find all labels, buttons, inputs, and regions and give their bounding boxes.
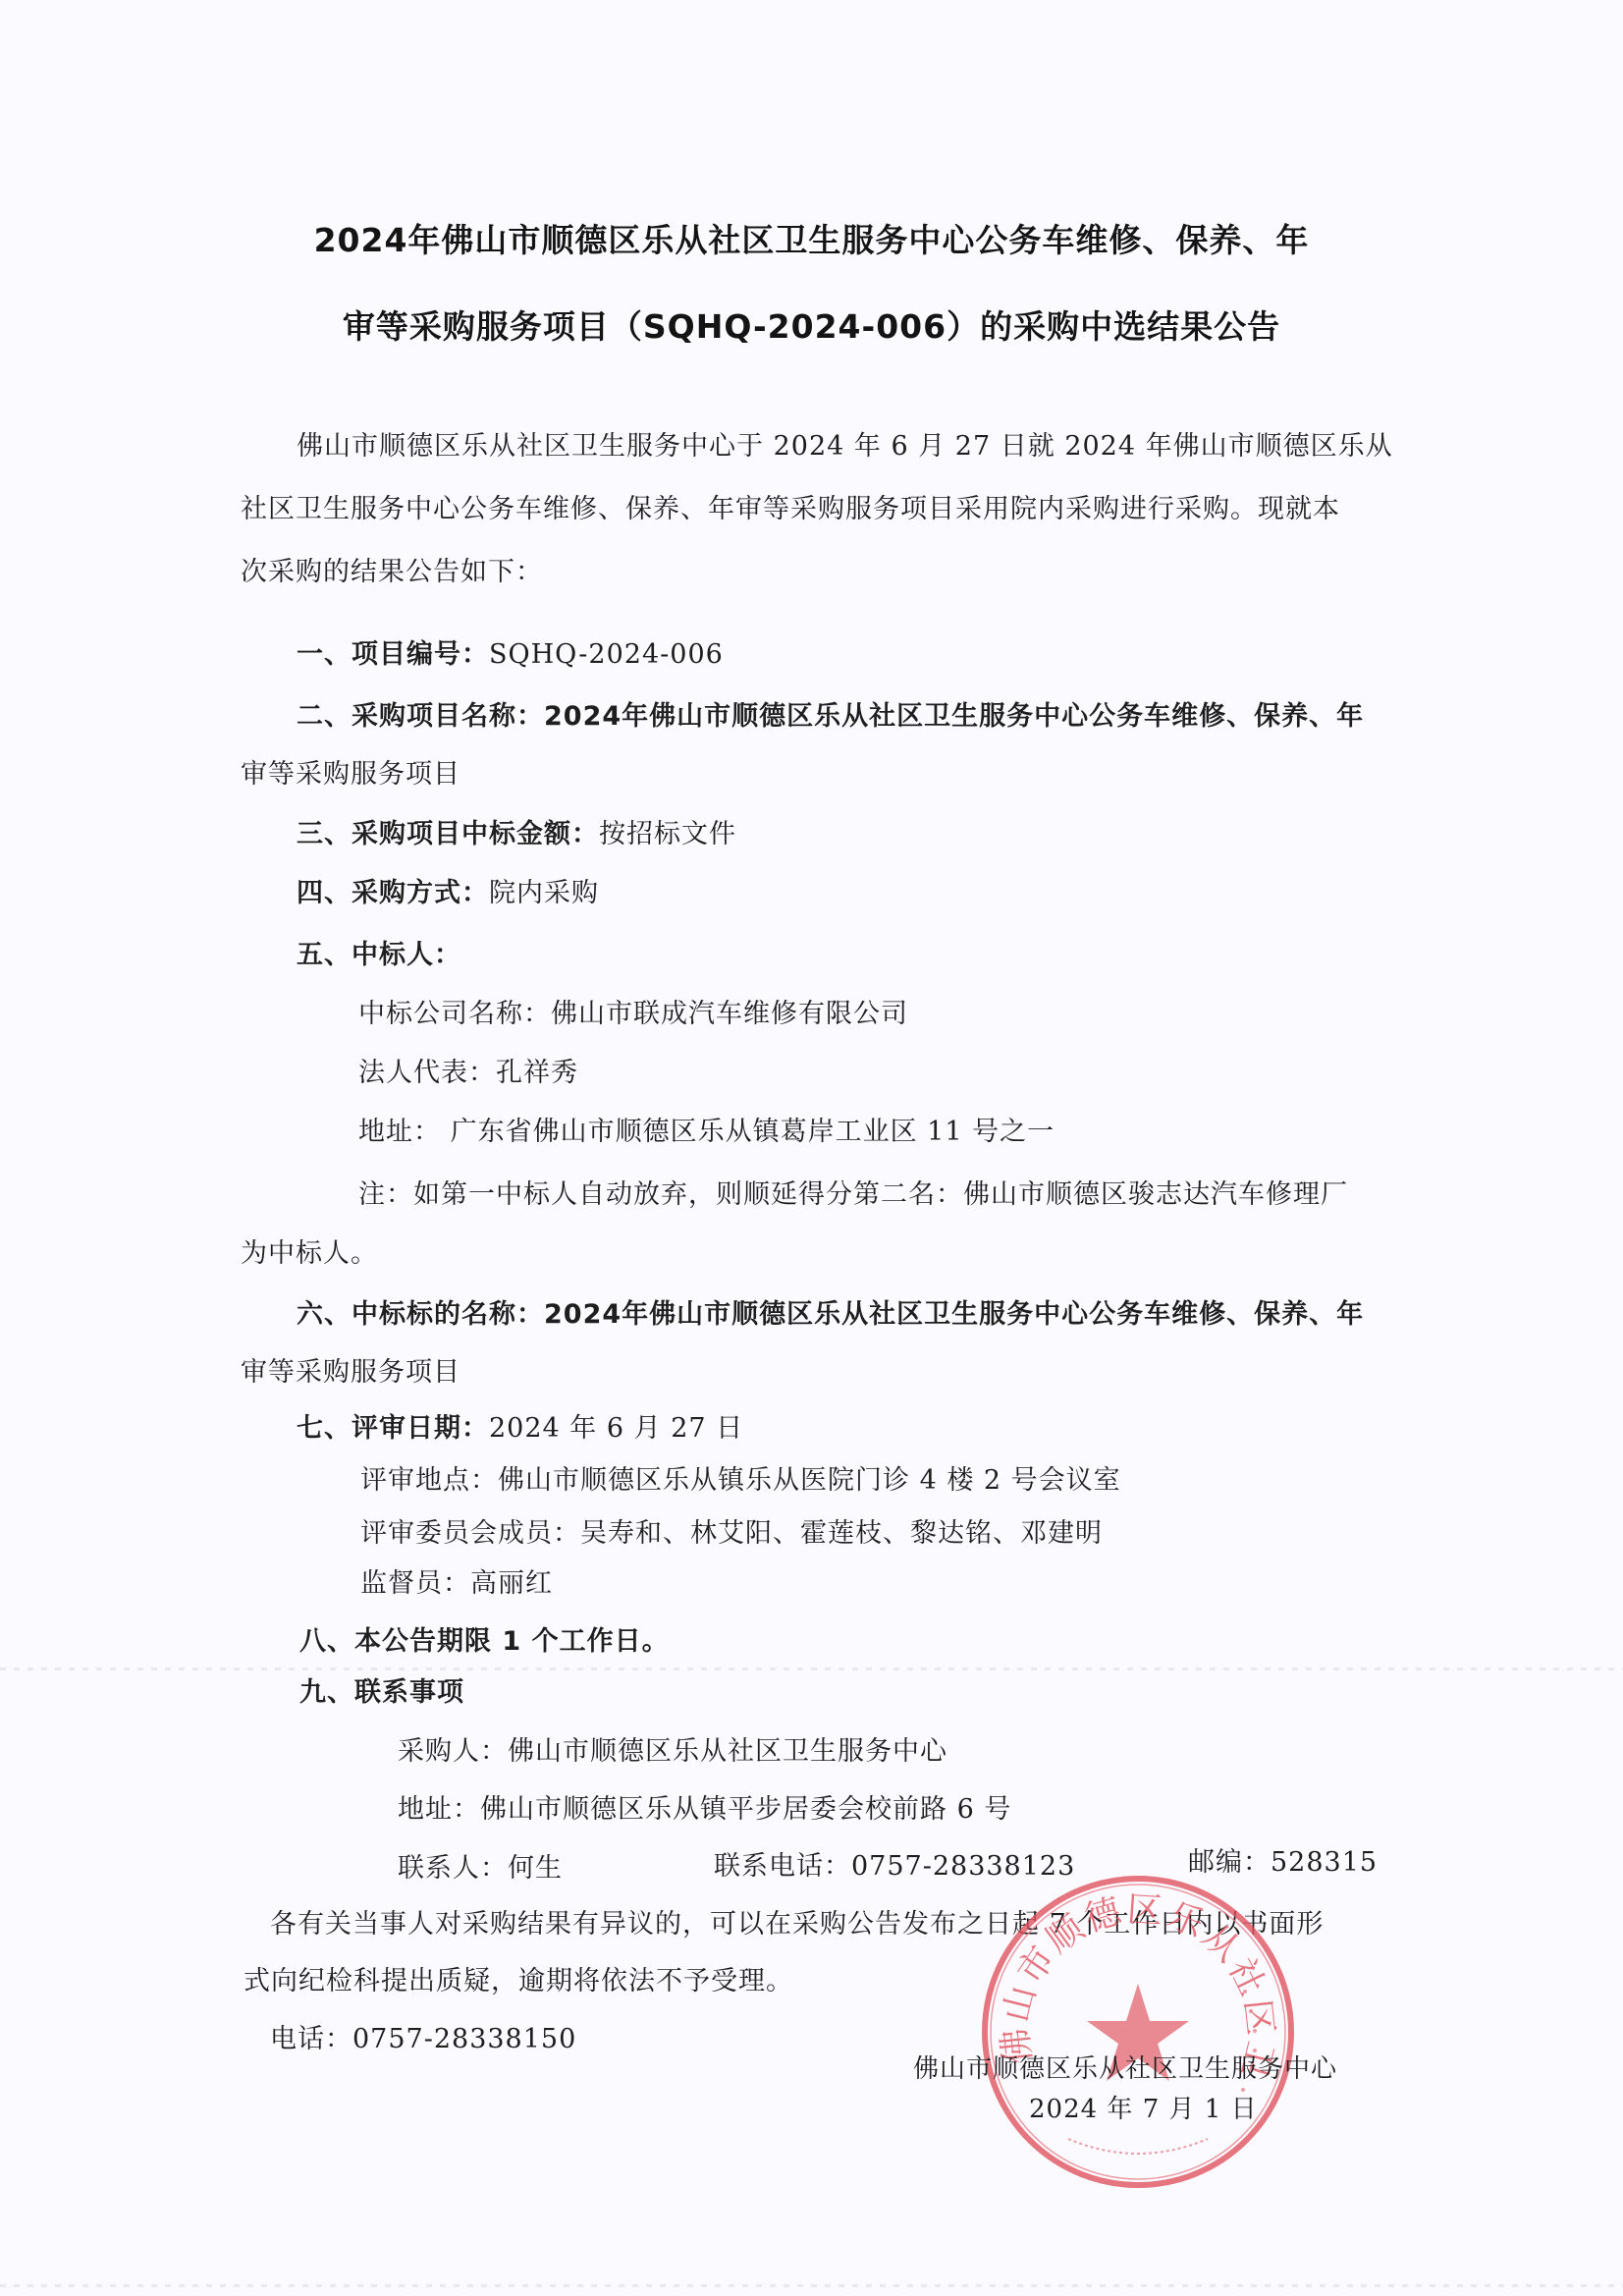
section-7-label: 七、评审日期： [297, 1413, 489, 1444]
winner-address: 地址： 广东省佛山市顺德区乐从镇葛岸工业区 11 号之一 [358, 1116, 1055, 1149]
section-2-label: 二、采购项目名称： [297, 701, 544, 732]
document-title-line-2: 审等采购服务项目（SQHQ-2024-006）的采购中选结果公告 [0, 305, 1623, 349]
section-6-wrap: 审等采购服务项目 [241, 1356, 460, 1390]
scan-artifact-bottom [0, 2284, 1623, 2287]
intro-line-1: 佛山市顺德区乐从社区卫生服务中心于 2024 年 6 月 27 日就 2024 … [297, 430, 1393, 464]
signature-organization: 佛山市顺德区乐从社区卫生服务中心 [913, 2052, 1337, 2086]
intro-line-2: 社区卫生服务中心公务车维修、保养、年审等采购服务项目采用院内采购进行采购。现就本 [241, 493, 1340, 526]
section-9-label: 九、联系事项 [299, 1676, 464, 1710]
winning-company: 中标公司名称：佛山市联成汽车维修有限公司 [358, 998, 908, 1031]
section-3: 三、采购项目中标金额：按招标文件 [297, 818, 736, 851]
section-1-label: 一、项目编号： [297, 639, 489, 670]
objection-line-2: 式向纪检科提出质疑，逾期将依法不予受理。 [243, 1965, 793, 1998]
section-1: 一、项目编号：SQHQ-2024-006 [297, 638, 724, 672]
bid-amount: 按招标文件 [599, 819, 736, 849]
section-2: 二、采购项目名称：2024年佛山市顺德区乐从社区卫生服务中心公务车维修、保养、年 [297, 700, 1364, 734]
purchaser-address: 地址：佛山市顺德区乐从镇平步居委会校前路 6 号 [398, 1793, 1011, 1827]
review-date: 2024 年 6 月 27 日 [489, 1413, 743, 1444]
supervisor: 监督员：高丽红 [360, 1567, 553, 1601]
document-title-line-1: 2024年佛山市顺德区乐从社区卫生服务中心公务车维修、保养、年 [0, 219, 1623, 262]
section-4-label: 四、采购方式： [297, 878, 489, 908]
section-7: 七、评审日期：2024 年 6 月 27 日 [297, 1412, 743, 1446]
contact-phone-general: 电话：0757-28338150 [270, 2023, 576, 2056]
project-number: SQHQ-2024-006 [489, 639, 724, 670]
procurement-method: 院内采购 [489, 878, 599, 908]
winner-note: 注：如第一中标人自动放弃，则顺延得分第二名：佛山市顺德区骏志达汽车修理厂 [358, 1178, 1348, 1212]
intro-line-3: 次采购的结果公告如下： [241, 556, 543, 589]
section-3-label: 三、采购项目中标金额： [297, 819, 599, 849]
signature-date: 2024 年 7 月 1 日 [1029, 2093, 1258, 2126]
bid-subject-name: 2024年佛山市顺德区乐从社区卫生服务中心公务车维修、保养、年 [544, 1299, 1364, 1330]
winner-note-wrap: 为中标人。 [241, 1237, 378, 1271]
contact-person: 联系人：何生 [398, 1852, 563, 1886]
scan-artifact-line [0, 1667, 1623, 1670]
section-5-label: 五、中标人： [297, 939, 461, 972]
contact-phone: 联系电话：0757-28338123 [714, 1850, 1075, 1884]
section-6: 六、中标标的名称：2024年佛山市顺德区乐从社区卫生服务中心公务车维修、保养、年 [297, 1298, 1364, 1332]
document-page: 2024年佛山市顺德区乐从社区卫生服务中心公务车维修、保养、年 审等采购服务项目… [0, 0, 1623, 2296]
review-committee: 评审委员会成员：吴寿和、林艾阳、霍莲枝、黎达铭、邓建明 [360, 1517, 1103, 1551]
section-4: 四、采购方式：院内采购 [297, 877, 599, 910]
purchaser: 采购人：佛山市顺德区乐从社区卫生服务中心 [398, 1735, 947, 1769]
legal-representative: 法人代表：孔祥秀 [358, 1057, 578, 1090]
objection-line-1: 各有关当事人对采购结果有异议的，可以在采购公告发布之日起 7 个工作日内以书面形 [270, 1908, 1324, 1941]
review-location: 评审地点：佛山市顺德区乐从镇乐从医院门诊 4 楼 2 号会议室 [360, 1464, 1121, 1498]
section-8: 八、本公告期限 1 个工作日。 [299, 1625, 670, 1659]
section-2-wrap: 审等采购服务项目 [241, 758, 460, 792]
project-name: 2024年佛山市顺德区乐从社区卫生服务中心公务车维修、保养、年 [544, 701, 1364, 732]
section-6-label: 六、中标标的名称： [297, 1299, 544, 1330]
postcode: 邮编：528315 [1188, 1846, 1378, 1880]
